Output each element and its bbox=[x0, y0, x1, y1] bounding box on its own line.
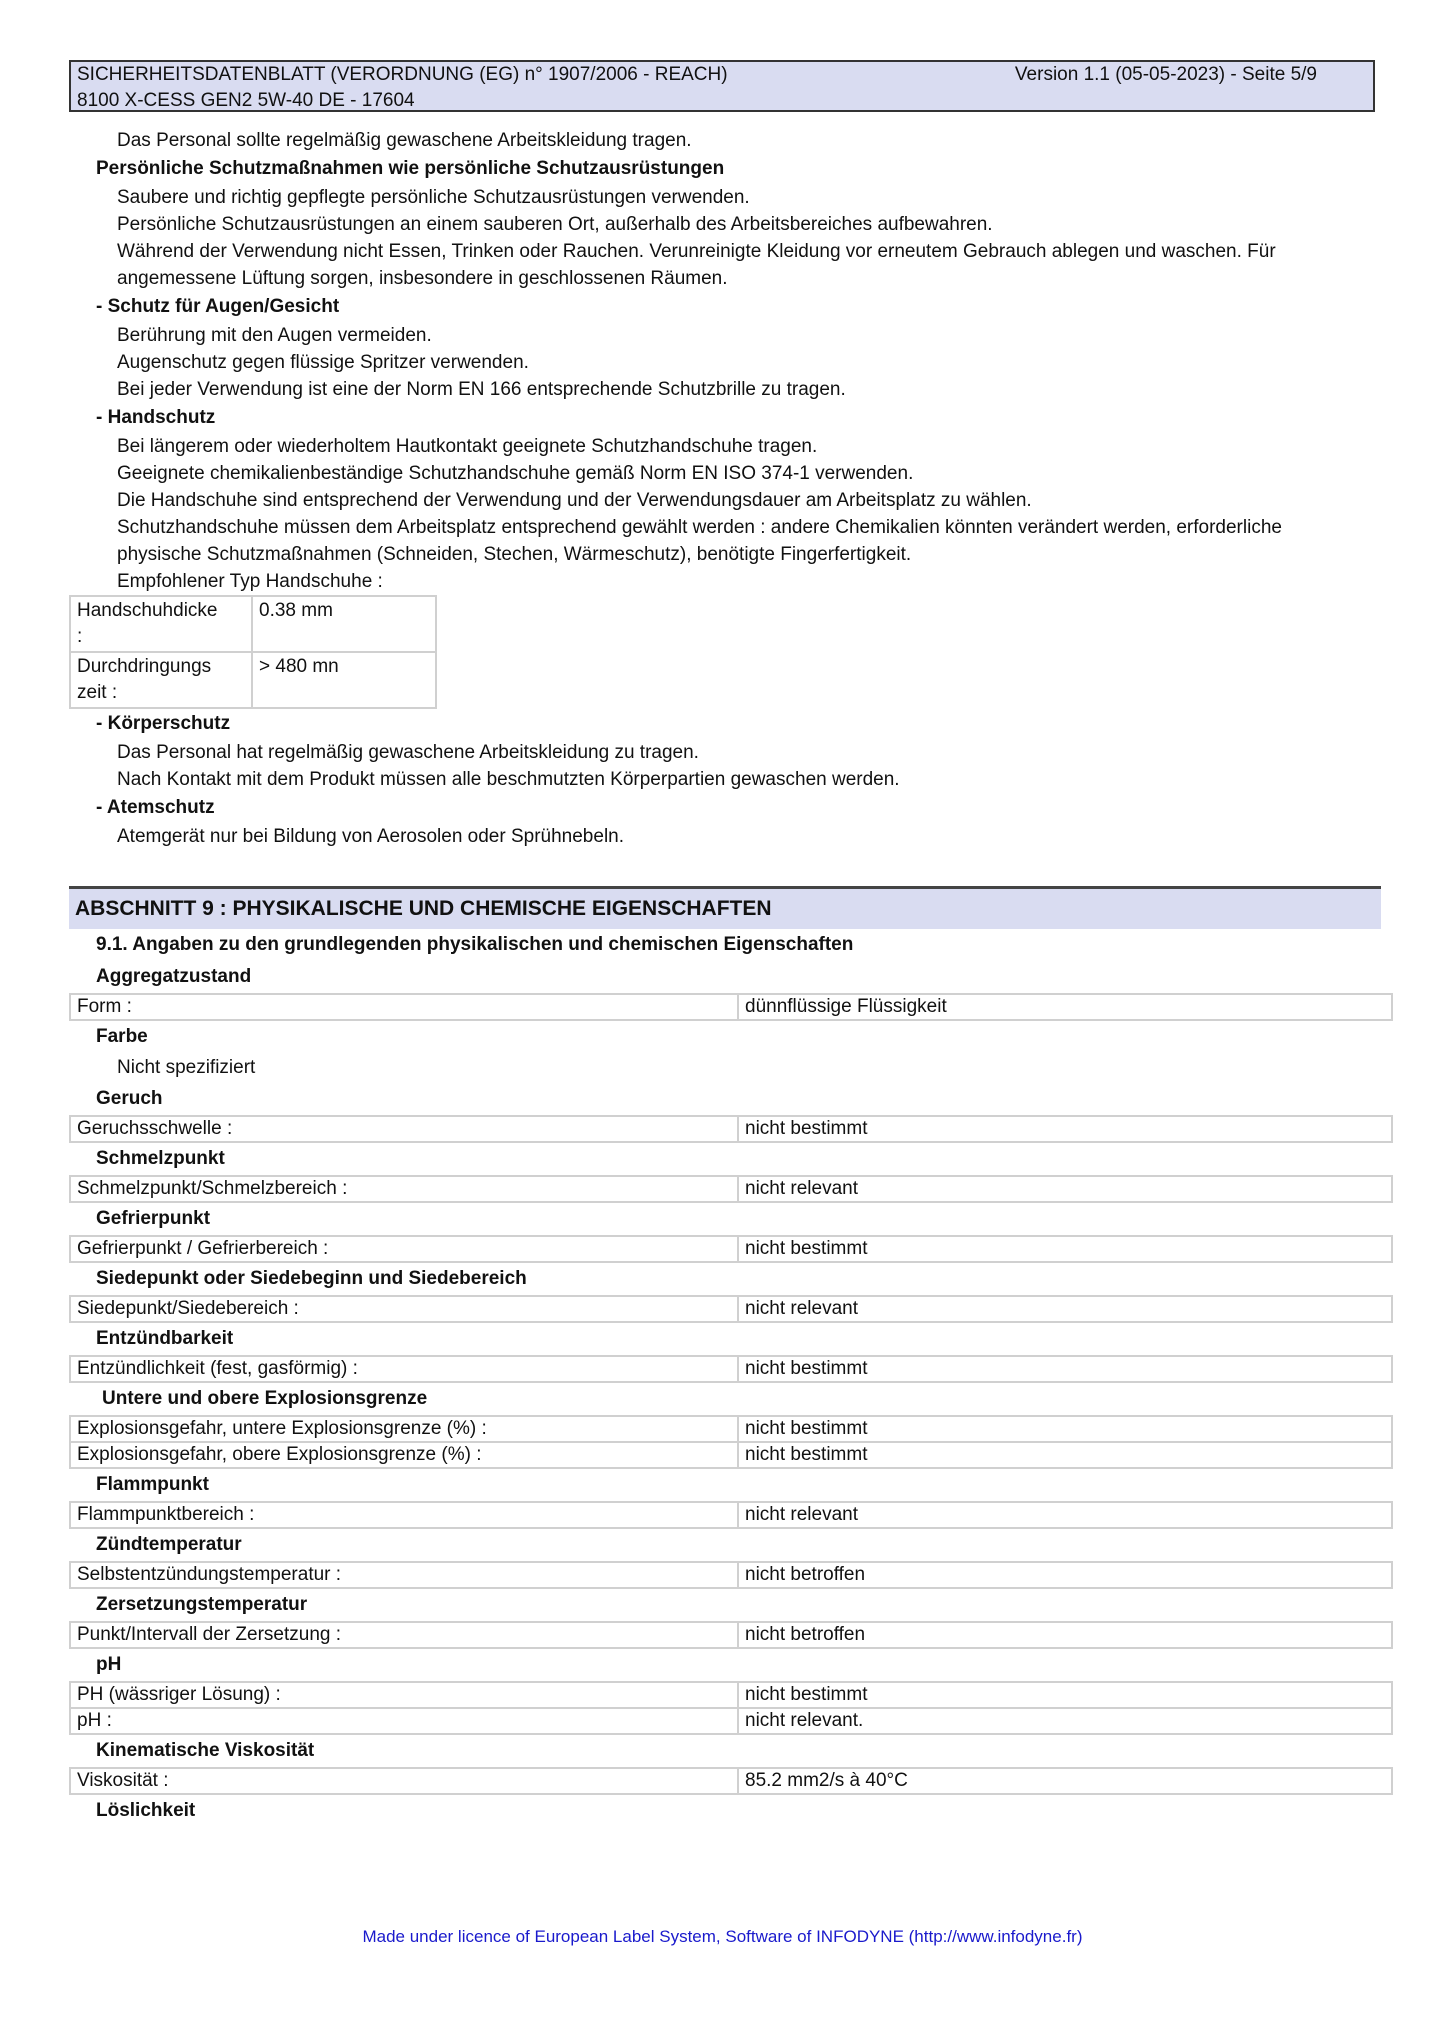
property-value: nicht relevant bbox=[739, 1177, 858, 1201]
property-value: nicht relevant. bbox=[739, 1709, 863, 1733]
footer-licence-text: Made under licence of European Label Sys… bbox=[0, 1927, 1445, 1947]
eye-lines: Berührung mit den Augen vermeiden. Augen… bbox=[69, 322, 1381, 403]
version-page-info: Version 1.1 (05-05-2023) - Seite 5/9 bbox=[1015, 62, 1317, 88]
property-label: Viskosität : bbox=[71, 1769, 739, 1793]
property-group-heading: Löslichkeit bbox=[69, 1795, 1381, 1827]
intro-text: Das Personal sollte regelmäßig gewaschen… bbox=[69, 127, 1381, 154]
glove-thickness-value: 0.38 mm bbox=[252, 596, 436, 652]
property-value: dünnflüssige Flüssigkeit bbox=[739, 995, 947, 1019]
text-line: Berührung mit den Augen vermeiden. bbox=[69, 322, 1381, 349]
ppe-lines: Saubere und richtig gepflegte persönlich… bbox=[69, 184, 1381, 292]
text-line: angemessene Lüftung sorgen, insbesondere… bbox=[69, 265, 1381, 292]
header-left: SICHERHEITSDATENBLATT (VERORDNUNG (EG) n… bbox=[77, 62, 728, 114]
table-row: pH :nicht relevant. bbox=[69, 1709, 1393, 1735]
text-line: physische Schutzmaßnahmen (Schneiden, St… bbox=[69, 541, 1381, 568]
product-name: 8100 X-CESS GEN2 5W-40 DE - 17604 bbox=[77, 88, 728, 114]
table-row: Explosionsgefahr, obere Explosionsgrenze… bbox=[69, 1443, 1393, 1469]
respiratory-protection-heading: - Atemschutz bbox=[69, 793, 1381, 823]
property-group-heading: Untere und obere Explosionsgrenze bbox=[69, 1383, 1381, 1415]
text-line: Das Personal hat regelmäßig gewaschene A… bbox=[69, 739, 1381, 766]
page-content: Das Personal sollte regelmäßig gewaschen… bbox=[69, 127, 1381, 1827]
glove-thickness-label: Handschuhdicke: bbox=[70, 596, 252, 652]
body-protection-heading: - Körperschutz bbox=[69, 709, 1381, 739]
property-value: nicht bestimmt bbox=[739, 1237, 867, 1261]
section-9-heading: ABSCHNITT 9 : PHYSIKALISCHE UND CHEMISCH… bbox=[69, 886, 1381, 929]
hand-lines: Bei längerem oder wiederholtem Hautkonta… bbox=[69, 433, 1381, 595]
hand-protection-heading: - Handschutz bbox=[69, 403, 1381, 433]
text-line: Nach Kontakt mit dem Produkt müssen alle… bbox=[69, 766, 1381, 793]
text-line: Atemgerät nur bei Bildung von Aerosolen … bbox=[69, 823, 1381, 850]
table-row: Gefrierpunkt / Gefrierbereich :nicht bes… bbox=[69, 1235, 1393, 1263]
property-group-heading: Aggregatzustand bbox=[69, 961, 1381, 993]
property-value: nicht relevant bbox=[739, 1503, 858, 1527]
table-row: Durchdringungszeit : > 480 mn bbox=[70, 652, 436, 708]
property-label: pH : bbox=[71, 1709, 739, 1733]
text-line: Die Handschuhe sind entsprechend der Ver… bbox=[69, 487, 1381, 514]
property-label: Geruchsschwelle : bbox=[71, 1117, 739, 1141]
text-line: Geeignete chemikalienbeständige Schutzha… bbox=[69, 460, 1381, 487]
breakthrough-time-label: Durchdringungszeit : bbox=[70, 652, 252, 708]
glove-table: Handschuhdicke: 0.38 mm Durchdringungsze… bbox=[69, 595, 437, 709]
text-line: Saubere und richtig gepflegte persönlich… bbox=[69, 184, 1381, 211]
property-value: 85.2 mm2/s à 40°C bbox=[739, 1769, 908, 1793]
text-line: Während der Verwendung nicht Essen, Trin… bbox=[69, 238, 1381, 265]
text-line: Augenschutz gegen flüssige Spritzer verw… bbox=[69, 349, 1381, 376]
property-label: Entzündlichkeit (fest, gasförmig) : bbox=[71, 1357, 739, 1381]
table-row: Punkt/Intervall der Zersetzung :nicht be… bbox=[69, 1621, 1393, 1649]
table-row: Siedepunkt/Siedebereich :nicht relevant bbox=[69, 1295, 1393, 1323]
property-value: nicht relevant bbox=[739, 1297, 858, 1321]
property-label: Flammpunktbereich : bbox=[71, 1503, 739, 1527]
table-row: Selbstentzündungstemperatur :nicht betro… bbox=[69, 1561, 1393, 1589]
property-group-heading: pH bbox=[69, 1649, 1381, 1681]
text-line: Empfohlener Typ Handschuhe : bbox=[69, 568, 1381, 595]
property-label: Gefrierpunkt / Gefrierbereich : bbox=[71, 1237, 739, 1261]
table-row: Handschuhdicke: 0.38 mm bbox=[70, 596, 436, 652]
property-group-heading: Zersetzungstemperatur bbox=[69, 1589, 1381, 1621]
table-row: Flammpunktbereich :nicht relevant bbox=[69, 1501, 1393, 1529]
table-row: Entzündlichkeit (fest, gasförmig) :nicht… bbox=[69, 1355, 1393, 1383]
property-label: Selbstentzündungstemperatur : bbox=[71, 1563, 739, 1587]
property-group-heading: Gefrierpunkt bbox=[69, 1203, 1381, 1235]
property-value: nicht betroffen bbox=[739, 1623, 865, 1647]
property-value: nicht bestimmt bbox=[739, 1417, 867, 1441]
eye-protection-heading: - Schutz für Augen/Gesicht bbox=[69, 292, 1381, 322]
property-label: Explosionsgefahr, obere Explosionsgrenze… bbox=[71, 1443, 739, 1467]
text-line: Schutzhandschuhe müssen dem Arbeitsplatz… bbox=[69, 514, 1381, 541]
property-label: Form : bbox=[71, 995, 739, 1019]
text-line: Bei jeder Verwendung ist eine der Norm E… bbox=[69, 376, 1381, 403]
property-value: nicht bestimmt bbox=[739, 1443, 867, 1467]
property-value: nicht bestimmt bbox=[739, 1117, 867, 1141]
table-row: PH (wässriger Lösung) :nicht bestimmt bbox=[69, 1681, 1393, 1709]
table-row: Schmelzpunkt/Schmelzbereich :nicht relev… bbox=[69, 1175, 1393, 1203]
property-group-heading: Schmelzpunkt bbox=[69, 1143, 1381, 1175]
property-group-heading: Farbe bbox=[69, 1021, 1381, 1053]
property-value: nicht bestimmt bbox=[739, 1357, 867, 1381]
property-group-heading: Zündtemperatur bbox=[69, 1529, 1381, 1561]
property-group-heading: Geruch bbox=[69, 1083, 1381, 1115]
property-value: nicht betroffen bbox=[739, 1563, 865, 1587]
property-group-heading: Flammpunkt bbox=[69, 1469, 1381, 1501]
properties-list: AggregatzustandForm :dünnflüssige Flüssi… bbox=[69, 961, 1381, 1827]
property-text: Nicht spezifiziert bbox=[69, 1053, 1381, 1083]
table-row: Geruchsschwelle :nicht bestimmt bbox=[69, 1115, 1393, 1143]
property-label: PH (wässriger Lösung) : bbox=[71, 1683, 739, 1707]
table-row: Explosionsgefahr, untere Explosionsgrenz… bbox=[69, 1415, 1393, 1443]
property-label: Schmelzpunkt/Schmelzbereich : bbox=[71, 1177, 739, 1201]
ppe-heading: Persönliche Schutzmaßnahmen wie persönli… bbox=[69, 154, 1381, 184]
table-row: Viskosität :85.2 mm2/s à 40°C bbox=[69, 1767, 1393, 1795]
text-line: Bei längerem oder wiederholtem Hautkonta… bbox=[69, 433, 1381, 460]
text-line: Persönliche Schutzausrüstungen an einem … bbox=[69, 211, 1381, 238]
property-label: Explosionsgefahr, untere Explosionsgrenz… bbox=[71, 1417, 739, 1441]
property-label: Siedepunkt/Siedebereich : bbox=[71, 1297, 739, 1321]
property-label: Punkt/Intervall der Zersetzung : bbox=[71, 1623, 739, 1647]
property-group-heading: Entzündbarkeit bbox=[69, 1323, 1381, 1355]
section-9-1-subtitle: 9.1. Angaben zu den grundlegenden physik… bbox=[69, 929, 1381, 961]
property-value: nicht bestimmt bbox=[739, 1683, 867, 1707]
table-row: Form :dünnflüssige Flüssigkeit bbox=[69, 993, 1393, 1021]
breakthrough-time-value: > 480 mn bbox=[252, 652, 436, 708]
document-title: SICHERHEITSDATENBLATT (VERORDNUNG (EG) n… bbox=[77, 62, 728, 88]
document-header: SICHERHEITSDATENBLATT (VERORDNUNG (EG) n… bbox=[69, 60, 1375, 112]
property-group-heading: Siedepunkt oder Siedebeginn und Siedeber… bbox=[69, 1263, 1381, 1295]
property-group-heading: Kinematische Viskosität bbox=[69, 1735, 1381, 1767]
